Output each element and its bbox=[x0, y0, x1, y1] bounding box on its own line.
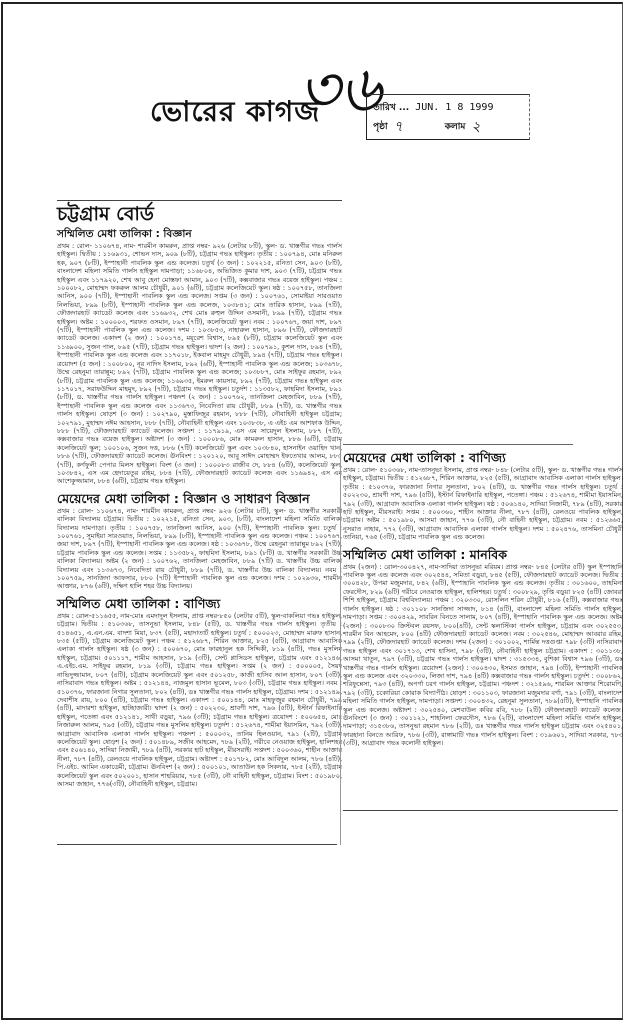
section-text-girls-science: প্রথম : রোল- ১১০৬৭৪, নাম- শারমীন কামরুন,… bbox=[57, 507, 342, 591]
right-bottom-rule bbox=[343, 810, 618, 811]
section-text-combined-science: প্রথম : রোল- ১১০৬৭৪, নাম- শারমীন কামরুন,… bbox=[57, 242, 342, 486]
board-title: চট্টগ্রাম বোর্ড bbox=[57, 203, 342, 225]
stamp-page-value: ৭ bbox=[394, 115, 403, 139]
stamp-column-value: ২ bbox=[471, 115, 480, 139]
column-divider bbox=[340, 440, 341, 845]
article-left-column: চট্টগ্রাম বোর্ড সম্মিলিত মেধা তালিকা : ব… bbox=[57, 200, 342, 788]
section-title-girls-commerce: মেয়েদের মেধা তালিকা : বাণিজ্য bbox=[343, 450, 623, 465]
left-bottom-rule bbox=[57, 844, 337, 845]
section-title-combined-science: সম্মিলিত মেধা তালিকা : বিজ্ঞান bbox=[57, 228, 342, 241]
section-title-girls-science: মেয়েদের মেধা তালিকা : বিজ্ঞান ও সাধারণ … bbox=[57, 491, 342, 506]
stamp-date-label: তারিখ ... bbox=[373, 100, 409, 115]
stamp-column-label: কলাম bbox=[445, 119, 466, 134]
right-top-rule bbox=[343, 444, 573, 445]
section-text-combined-humanities: প্রথম (২জন) : রোল-৩০০৪২৭, নাম-সাদিয়া তা… bbox=[343, 563, 623, 748]
section-text-combined-commerce: প্রথম : রোল-৫১১৬৫৫, নাম-মোঃ এমদাদুল ইসলা… bbox=[57, 612, 342, 788]
section-text-girls-commerce: প্রথম : রোল- ৫১০৩৬৮, নাম-তাসনুভা ইসলাম, … bbox=[343, 466, 623, 542]
newspaper-masthead: ভোরের কাগজ bbox=[150, 90, 320, 137]
stamp-page-label: পৃষ্ঠা bbox=[373, 119, 388, 134]
article-right-column: মেয়েদের মেধা তালিকা : বাণিজ্য প্রথম : র… bbox=[343, 448, 623, 748]
stamp-date-value: JUN. 1 8 1999 bbox=[415, 102, 493, 113]
section-title-combined-commerce: সম্মিলিত মেধা তালিকা : বাণিজ্য bbox=[57, 596, 342, 611]
section-title-combined-humanities: সম্মিলিত মেধা তালিকা : মানবিক bbox=[343, 547, 623, 562]
top-rule bbox=[57, 200, 342, 201]
stamp-page-row: পৃষ্ঠা ৭ কলাম ২ bbox=[373, 117, 523, 136]
clipping-date-stamp: তারিখ ... JUN. 1 8 1999 পৃষ্ঠা ৭ কলাম ২ bbox=[366, 94, 530, 140]
